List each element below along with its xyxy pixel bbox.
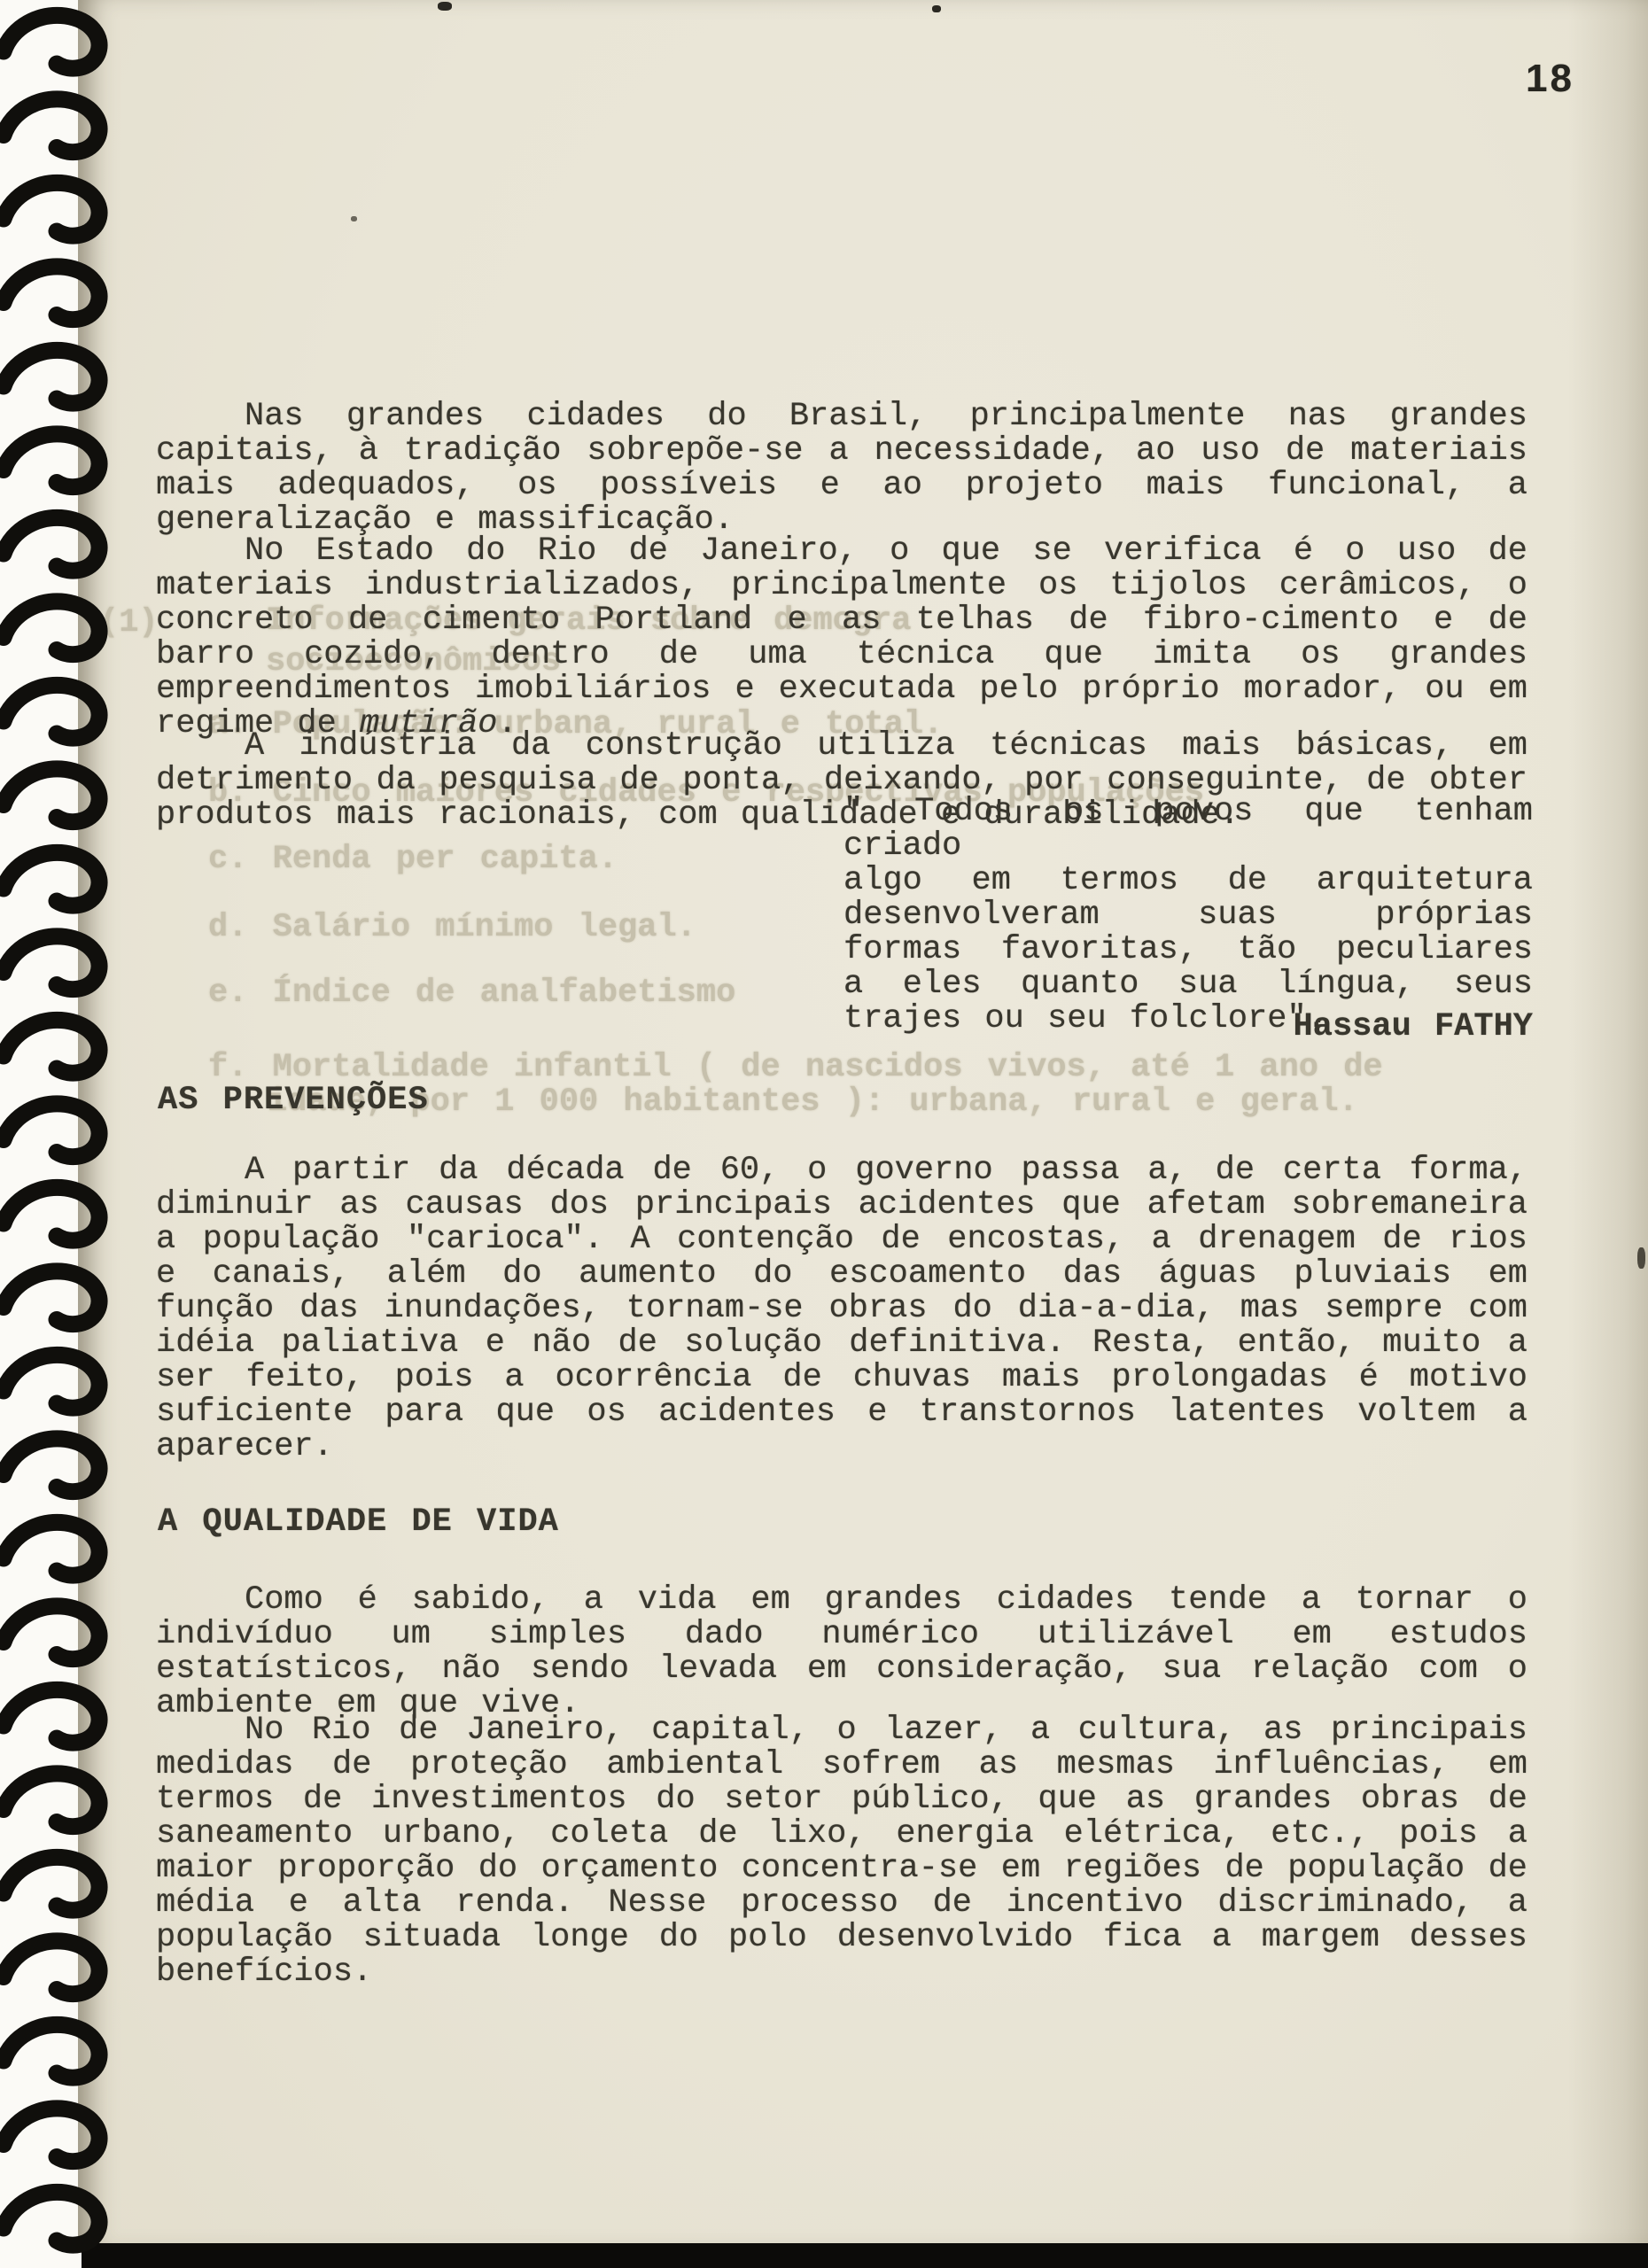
paragraph: Como é sabido, a vida em grandes cidades… [156, 1583, 1528, 1721]
paragraph: A partir da década de 60, o governo pass… [156, 1153, 1528, 1464]
section-heading-qualidade-de-vida: A QUALIDADE DE VIDA [158, 1505, 559, 1540]
quote-block: " Todos os povos que tenham criado algo … [843, 795, 1533, 1037]
quote-attribution: Hassau FATHY [843, 1010, 1533, 1045]
spiral-binding [0, 0, 133, 2268]
paragraph: No Rio de Janeiro, capital, o lazer, a c… [156, 1713, 1528, 1990]
spiral-coils-svg [0, 0, 133, 2268]
page-number: 18 [1526, 57, 1605, 101]
typewritten-text-layer: 18 Nas grandes cidades do Brasil, princi… [0, 0, 1648, 2268]
quote-line: a eles quanto sua língua, seus [843, 967, 1533, 1002]
quote-line: " Todos os povos que tenham criado [843, 795, 1533, 864]
quote-line: desenvolveram suas próprias [843, 898, 1533, 933]
paragraph: Nas grandes cidades do Brasil, principal… [156, 400, 1528, 538]
scanned-page: { "page": { "number": "18" }, "colors": … [0, 0, 1648, 2268]
quote-line: algo em termos de arquitetura [843, 864, 1533, 898]
quote-line: formas favoritas, tão peculiares [843, 933, 1533, 967]
section-heading-prevencoes: AS PREVENÇÕES [158, 1084, 429, 1118]
paragraph: No Estado do Rio de Janeiro, o que se ve… [156, 534, 1528, 742]
